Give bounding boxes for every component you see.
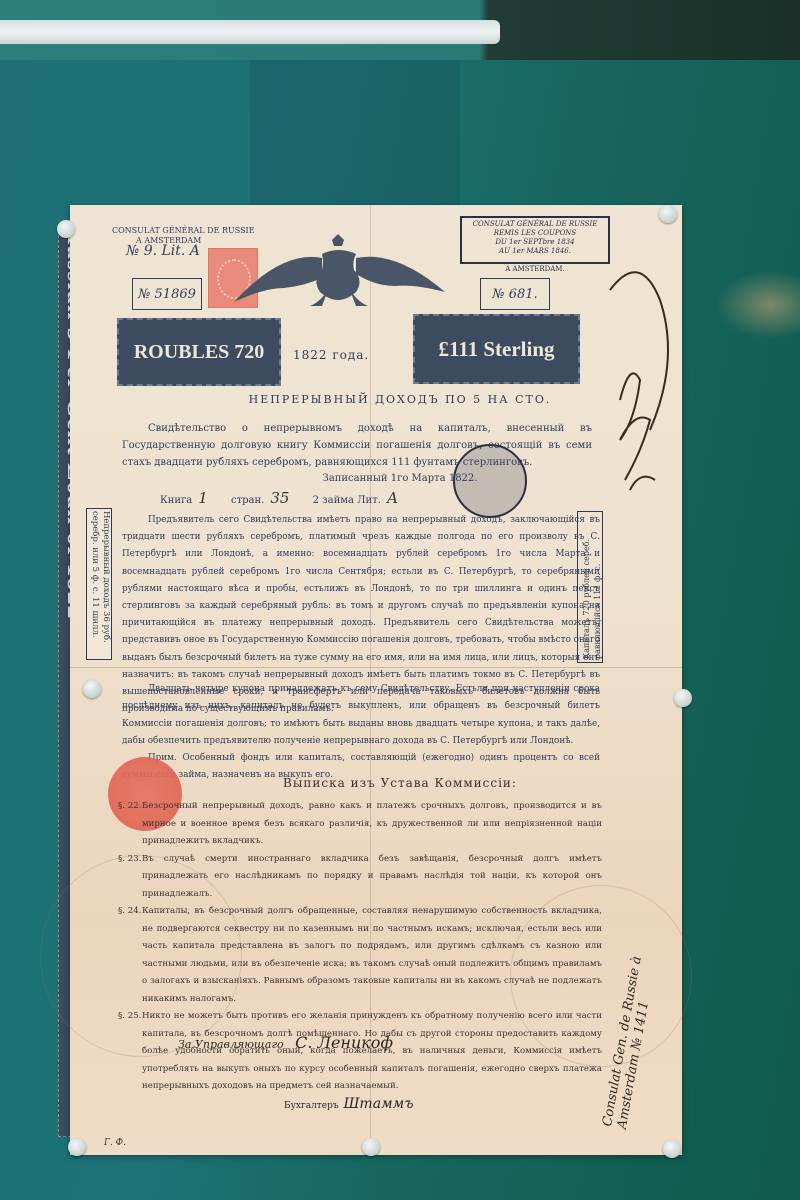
- capital-side-box: Капиталъ 720 рублей сереб. равняющійся 1…: [577, 511, 603, 663]
- roubles-banner: ROUBLES 720: [117, 318, 281, 386]
- mounting-pin: [362, 1138, 380, 1156]
- clause: §. 23.Въ случаѣ смерти иностраннаго вкла…: [118, 851, 602, 904]
- corner-annotation: Г. Ф.: [104, 1138, 126, 1148]
- coupon-remittance-stamp: CONSULAT GÉNÉRAL DE RUSSIE REMIS LES COU…: [460, 216, 610, 264]
- double-headed-eagle-icon: [232, 232, 447, 312]
- document-heading: НЕПРЕРЫВНЫЙ ДОХОДЪ ПО 5 НА СТО.: [0, 393, 800, 406]
- book-reference: Книга1 стран.35 2 займа Лит.А: [160, 489, 418, 507]
- round-ink-stamp: [453, 444, 527, 518]
- recorded-date: Записанный 1го Марта 1822.: [0, 473, 800, 484]
- mounting-pin: [674, 689, 692, 707]
- serial-number: № 51869: [132, 278, 202, 310]
- clause: §. 24.Капиталы, въ безсрочный долгъ обра…: [118, 903, 602, 1008]
- display-rail: [0, 20, 500, 44]
- mounting-pin: [57, 220, 75, 238]
- mounting-pin: [659, 205, 677, 223]
- glass-reflection: [250, 60, 460, 210]
- issue-year: 1822 года.: [293, 348, 369, 362]
- certificate-number: № 681.: [480, 278, 550, 310]
- mounting-pin: [68, 1138, 86, 1156]
- accountant-signature-line: Бухгалтеръ Штаммъ: [284, 1096, 414, 1112]
- sterling-banner: £111 Sterling: [413, 314, 580, 384]
- mounting-pin: [663, 1140, 681, 1158]
- coupons-paragraph: Двадцать четыре купона принадлежатъ къ с…: [122, 681, 600, 751]
- amsterdam-consulate-signature: Consulat Gen. de Russie à Amsterdam № 14…: [590, 905, 690, 1135]
- clause: §. 22.Безсрочный непрерывный доходъ, рав…: [118, 798, 602, 851]
- mounting-pin: [83, 680, 101, 698]
- manager-signature-line: За Управляющаго С. Леникоф: [178, 1033, 393, 1052]
- extract-title: Выписка изъ Устава Коммиссіи:: [0, 776, 800, 790]
- spine-income-box: Непрерывный доходъ 36 руб. серебр. или 5…: [86, 508, 112, 660]
- light-glare: [715, 270, 800, 340]
